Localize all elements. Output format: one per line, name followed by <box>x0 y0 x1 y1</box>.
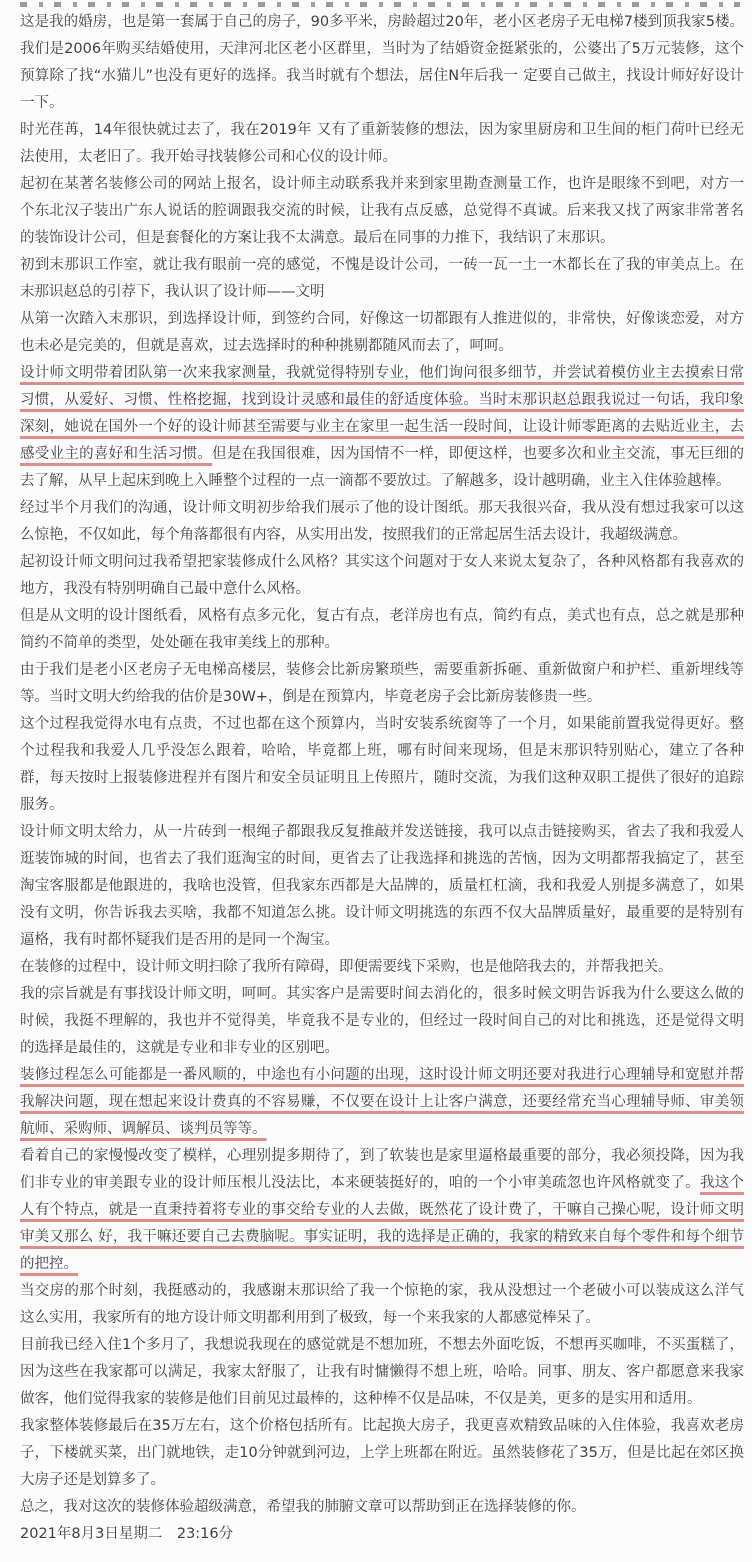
text-segment: 起初在某著名装修公司的网站上报名，设计师主动联系我并来到家里勘查测量工作，也许是… <box>20 176 744 246</box>
paragraph: 总之，我对这次的装修体验超级满意，希望我的肺腑文章可以帮助到正在选择装修的你。 <box>20 1494 744 1521</box>
text-segment: 设计师文明太给力，从一片砖到一根绳子都跟我反复推敲并发送链接，我可以点击链接购买… <box>20 824 744 948</box>
text-segment: 从第一次踏入末那识，到选择设计师，到签约合同，好像这一切都跟有人推进似的，非常快… <box>20 311 744 354</box>
paragraph: 起初设计师文明问过我希望把家装修成什么风格？其实这个问题对于女人来说太复杂了，各… <box>20 549 744 603</box>
paragraph: 从第一次踏入末那识，到选择设计师，到签约合同，好像这一切都跟有人推进似的，非常快… <box>20 306 744 360</box>
text-segment: 但是从文明的设计图纸看，风格有点多元化，复古有点，老洋房也有点，简约有点，美式也… <box>20 608 744 651</box>
paragraph: 当交房的那个时刻，我挺感动的，我感谢末那识给了我一个惊艳的家，我从没想过一个老破… <box>20 1278 744 1332</box>
paragraph: 设计师文明带着团队第一次来我家测量，我就觉得特别专业，他们询问很多细节，并尝试着… <box>20 360 744 495</box>
text-segment: 在装修的过程中，设计师文明扫除了我所有障碍，即便需要线下采购，也是他陪我去的，并… <box>20 959 673 975</box>
paragraph: 起初在某著名装修公司的网站上报名，设计师主动联系我并来到家里勘查测量工作，也许是… <box>20 171 744 252</box>
text-segment: 由于我们是老小区老房子无电梯高楼层，装修会比新房繁琐些，需要重新拆砸、重新做窗户… <box>20 662 744 705</box>
text-segment: 这个过程我觉得水电有点贵，不过也都在这个预算内，当时安装系统窗等了一个月，如果能… <box>20 716 744 813</box>
text-segment: 看着自己的家慢慢改变了模样，心理别提多期待了，到了软装也是家里逼格最重要的部分，… <box>20 1148 744 1191</box>
paragraph: 但是从文明的设计图纸看，风格有点多元化，复古有点，老洋房也有点，简约有点，美式也… <box>20 603 744 657</box>
text-segment: 这是我的婚房，也是第一套属于自己的房子，90多平米，房龄超过20年，老小区老房子… <box>20 14 744 111</box>
paragraph: 目前我已经入住1个多月了，我想说我现在的感觉就是不想加班，不想去外面吃饭，不想再… <box>20 1332 744 1413</box>
underlined-text: 装修过程怎么可能都是一番风顺的，中途也有小问题的出现，这时设计师文明还要对我进行… <box>20 1067 744 1137</box>
text-segment: 我的宗旨就是有事找设计师文明，呵呵。其实客户是需要时间去消化的，很多时候文明告诉… <box>20 986 744 1056</box>
text-segment: 当交房的那个时刻，我挺感动的，我感谢末那识给了我一个惊艳的家，我从没想过一个老破… <box>20 1283 744 1326</box>
paragraph: 这个过程我觉得水电有点贵，不过也都在这个预算内，当时安装系统窗等了一个月，如果能… <box>20 711 744 819</box>
paragraph: 经过半个月我们的沟通，设计师文明初步给我们展示了他的设计图纸。那天我很兴奋，我从… <box>20 495 744 549</box>
paragraph: 我家整体装修最后在35万左右，这个价格包括所有。比起换大房子，我更喜欢精致品味的… <box>20 1413 744 1494</box>
paragraph: 时光荏苒，14年很快就过去了，我在2019年 又有了重新装修的想法，因为家里厨房… <box>20 117 744 171</box>
paragraph: 由于我们是老小区老房子无电梯高楼层，装修会比新房繁琐些，需要重新拆砸、重新做窗户… <box>20 657 744 711</box>
text-segment: 经过半个月我们的沟通，设计师文明初步给我们展示了他的设计图纸。那天我很兴奋，我从… <box>20 500 744 543</box>
clipped-previous-line <box>20 2 740 7</box>
review-document: 这是我的婚房，也是第一套属于自己的房子，90多平米，房龄超过20年，老小区老房子… <box>0 0 752 1562</box>
paragraph: 看着自己的家慢慢改变了模样，心理别提多期待了，到了软装也是家里逼格最重要的部分，… <box>20 1143 744 1278</box>
post-date: 2021年8月3日星期二 23:16分 <box>20 1521 744 1548</box>
paragraph: 我的宗旨就是有事找设计师文明，呵呵。其实客户是需要时间去消化的，很多时候文明告诉… <box>20 981 744 1062</box>
text-segment: 起初设计师文明问过我希望把家装修成什么风格？其实这个问题对于女人来说太复杂了，各… <box>20 554 744 597</box>
text-segment: 时光荏苒，14年很快就过去了，我在2019年 又有了重新装修的想法，因为家里厨房… <box>20 122 744 165</box>
paragraph: 这是我的婚房，也是第一套属于自己的房子，90多平米，房龄超过20年，老小区老房子… <box>20 9 744 117</box>
text-segment: 目前我已经入住1个多月了，我想说我现在的感觉就是不想加班，不想去外面吃饭，不想再… <box>20 1337 744 1407</box>
paragraph: 装修过程怎么可能都是一番风顺的，中途也有小问题的出现，这时设计师文明还要对我进行… <box>20 1062 744 1143</box>
text-segment: 初到末那识工作室，就让我有眼前一亮的感觉，不愧是设计公司，一砖一瓦一土一木都长在… <box>20 257 744 300</box>
article-body: 这是我的婚房，也是第一套属于自己的房子，90多平米，房龄超过20年，老小区老房子… <box>20 9 744 1521</box>
paragraph: 在装修的过程中，设计师文明扫除了我所有障碍，即便需要线下采购，也是他陪我去的，并… <box>20 954 744 981</box>
paragraph: 初到末那识工作室，就让我有眼前一亮的感觉，不愧是设计公司，一砖一瓦一土一木都长在… <box>20 252 744 306</box>
text-segment: 总之，我对这次的装修体验超级满意，希望我的肺腑文章可以帮助到正在选择装修的你。 <box>20 1499 586 1515</box>
paragraph: 设计师文明太给力，从一片砖到一根绳子都跟我反复推敲并发送链接，我可以点击链接购买… <box>20 819 744 954</box>
text-segment: 我家整体装修最后在35万左右，这个价格包括所有。比起换大房子，我更喜欢精致品味的… <box>20 1418 744 1488</box>
